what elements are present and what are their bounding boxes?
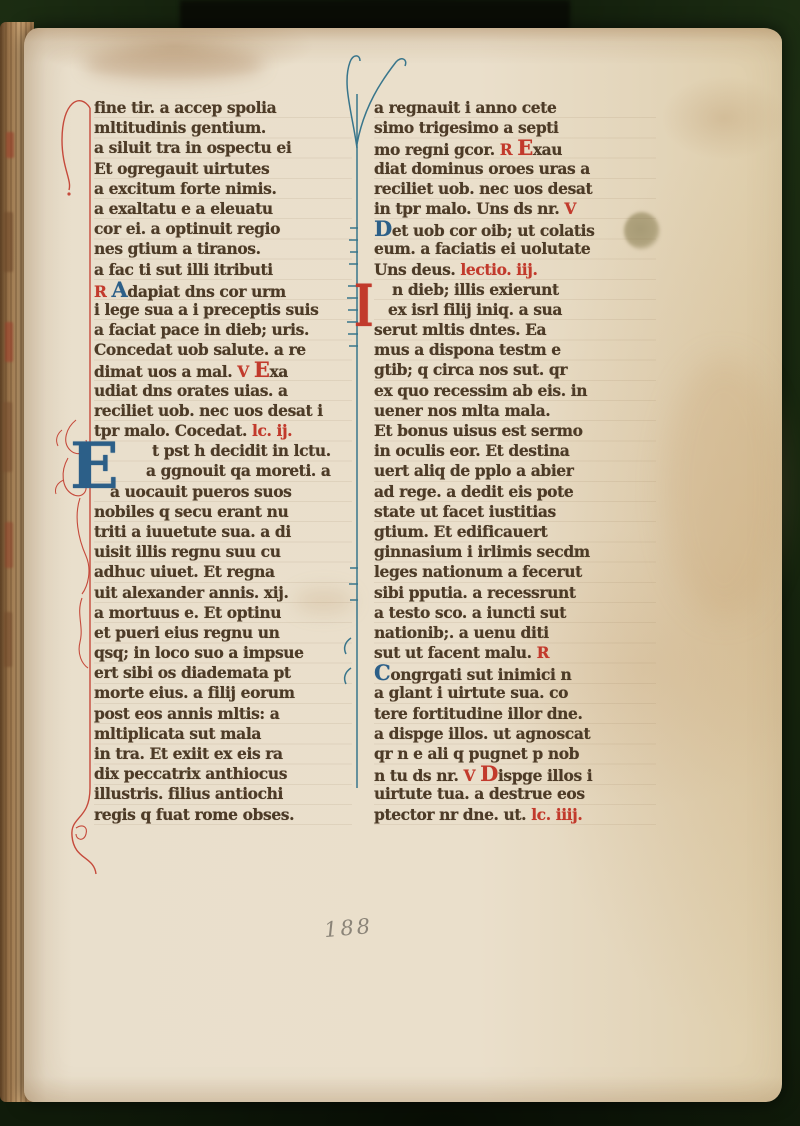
- text-segment: a regnauit i anno cete: [374, 98, 556, 117]
- text-segment: tere fortitudine illor dne.: [374, 704, 582, 723]
- text-line: a fac ti sut illi itributi: [94, 260, 352, 280]
- text-line: dix peccatrix anthiocus: [94, 764, 352, 784]
- page-edge-bleed-mark: [5, 522, 13, 568]
- text-line: uisit illis regnu suu cu: [94, 542, 352, 562]
- text-segment: a faciat pace in dieb; uris.: [94, 320, 309, 339]
- text-segment: mltitudinis gentium.: [94, 118, 266, 137]
- redcap-segment: E: [254, 357, 270, 382]
- text-line: R Adapiat dns cor urm: [94, 280, 352, 300]
- text-segment: in oculis eor. Et destina: [374, 441, 569, 460]
- text-line: Congrgati sut inimici n: [374, 663, 656, 683]
- text-line: fine tir. a accep spolia: [94, 98, 352, 118]
- text-line: in tra. Et exiit ex eis ra: [94, 744, 352, 764]
- text-segment: a exaltatu e a eleuatu: [94, 199, 273, 218]
- text-line: Uns deus. lectio. iij.: [374, 260, 656, 280]
- text-column-right: a regnauit i anno cetesimo trigesimo a s…: [374, 98, 656, 826]
- text-line: cor ei. a optinuit regio: [94, 219, 352, 239]
- page-edge-bleed-mark: [3, 402, 12, 472]
- text-line: qsq; in loco suo a impsue: [94, 643, 352, 663]
- red-segment: lc. iiij.: [531, 805, 582, 824]
- text-line: Et bonus uisus est sermo: [374, 421, 656, 441]
- text-line: ert sibi os diademata pt: [94, 663, 352, 683]
- bluecap-segment: A: [111, 277, 127, 302]
- text-line: uit alexander annis. xij.: [94, 583, 352, 603]
- text-segment: t pst h decidit in lctu.: [152, 441, 331, 460]
- text-segment: a glant i uirtute sua. co: [374, 683, 568, 702]
- text-segment: leges nationum a fecerut: [374, 562, 582, 581]
- text-segment: ad rege. a dedit eis pote: [374, 482, 573, 501]
- text-line: et pueri eius regnu un: [94, 623, 352, 643]
- text-segment: n dieb; illis exierunt: [392, 280, 559, 299]
- text-segment: ispge illos i: [498, 766, 592, 785]
- text-segment: i lege sua a i preceptis suis: [94, 300, 318, 319]
- text-segment: gtib; q circa nos sut. qr: [374, 360, 567, 379]
- text-segment: reciliet uob. nec uos desat: [374, 179, 592, 198]
- text-line: ptector nr dne. ut. lc. iiij.: [374, 805, 656, 825]
- text-segment: fine tir. a accep spolia: [94, 98, 276, 117]
- text-line: a uocauit pueros suos: [94, 482, 352, 502]
- text-segment: regis q fuat rome obses.: [94, 805, 294, 824]
- text-line: Concedat uob salute. a re: [94, 340, 352, 360]
- illuminated-initial-I: I: [354, 274, 374, 338]
- text-segment: qsq; in loco suo a impsue: [94, 643, 304, 662]
- text-segment: a dispge illos. ut agnoscat: [374, 724, 590, 743]
- text-segment: et uob cor oib; ut colatis: [392, 221, 595, 240]
- red-segment: lc. ij.: [252, 421, 292, 440]
- text-segment: sibi pputia. a recessrunt: [374, 583, 576, 602]
- text-segment: a excitum forte nimis.: [94, 179, 276, 198]
- text-segment: ert sibi os diademata pt: [94, 663, 291, 682]
- text-line: a siluit tra in ospectu ei: [94, 138, 352, 158]
- text-segment: ginnasium i irlimis secdm: [374, 542, 590, 561]
- text-segment: ex quo recessim ab eis. in: [374, 381, 587, 400]
- text-line: a excitum forte nimis.: [94, 179, 352, 199]
- text-segment: a fac ti sut illi itributi: [94, 260, 273, 279]
- page-edge-bleed-mark: [4, 212, 13, 272]
- text-line: udiat dns orates uias. a: [94, 381, 352, 401]
- redcap-segment: E: [517, 135, 533, 160]
- discoloration-patch: [664, 358, 784, 618]
- text-line: illustris. filius antiochi: [94, 784, 352, 804]
- text-segment: state ut facet iustitias: [374, 502, 556, 521]
- page-edge-bleed-mark: [4, 612, 12, 667]
- text-line: mltitudinis gentium.: [94, 118, 352, 138]
- text-line: gtium. Et edificauert: [374, 522, 656, 542]
- page-edge-bleed-mark: [5, 322, 13, 362]
- red-segment: R: [537, 643, 549, 662]
- text-line: qr n e ali q pugnet p nob: [374, 744, 656, 764]
- text-segment: xa: [269, 362, 287, 381]
- text-line: a exaltatu e a eleuatu: [94, 199, 352, 219]
- text-line: a faciat pace in dieb; uris.: [94, 320, 352, 340]
- text-line: morte eius. a filij eorum: [94, 683, 352, 703]
- text-segment: Uns deus.: [374, 260, 460, 279]
- text-line: a mortuus e. Et optinu: [94, 603, 352, 623]
- text-segment: mus a dispona testm e: [374, 340, 561, 359]
- red-segment: lectio. iij.: [460, 260, 537, 279]
- text-segment: uit alexander annis. xij.: [94, 583, 288, 602]
- text-segment: mo regni gcor.: [374, 140, 500, 159]
- text-segment: diat dominus oroes uras a: [374, 159, 590, 178]
- text-segment: dapiat dns cor urm: [127, 282, 285, 301]
- text-segment: Concedat uob salute. a re: [94, 340, 306, 359]
- text-line: mltiplicata sut mala: [94, 724, 352, 744]
- text-line: ad rege. a dedit eis pote: [374, 482, 656, 502]
- text-line: post eos annis mltis: a: [94, 704, 352, 724]
- text-line: mo regni gcor. R Exau: [374, 138, 656, 158]
- text-segment: dix peccatrix anthiocus: [94, 764, 287, 783]
- text-segment: Et ogregauit uirtutes: [94, 159, 269, 178]
- text-line: leges nationum a fecerut: [374, 562, 656, 582]
- red-segment: V: [564, 199, 576, 218]
- text-segment: uert aliq de pplo a abier: [374, 461, 574, 480]
- text-line: reciliet uob. nec uos desat i: [94, 401, 352, 421]
- text-segment: in tra. Et exiit ex eis ra: [94, 744, 283, 763]
- text-line: n tu ds nr. V Dispge illos i: [374, 764, 656, 784]
- text-line: nobiles q secu erant nu: [94, 502, 352, 522]
- text-line: Det uob cor oib; ut colatis: [374, 219, 656, 239]
- text-segment: gtium. Et edificauert: [374, 522, 547, 541]
- text-segment: post eos annis mltis: a: [94, 704, 279, 723]
- text-line: simo trigesimo a septi: [374, 118, 656, 138]
- text-line: mus a dispona testm e: [374, 340, 656, 360]
- red-segment: R: [94, 282, 111, 301]
- text-line: uert aliq de pplo a abier: [374, 461, 656, 481]
- text-segment: cor ei. a optinuit regio: [94, 219, 280, 238]
- text-segment: a ggnouit qa moreti. a: [146, 461, 331, 480]
- text-segment: adhuc uiuet. Et regna: [94, 562, 275, 581]
- text-line: a testo sco. a iuncti sut: [374, 603, 656, 623]
- text-segment: nationib;. a uenu diti: [374, 623, 549, 642]
- text-line: uener nos mlta mala.: [374, 401, 656, 421]
- text-segment: ptector nr dne. ut.: [374, 805, 531, 824]
- text-segment: nes gtium a tiranos.: [94, 239, 261, 258]
- text-line: tere fortitudine illor dne.: [374, 704, 656, 724]
- text-segment: triti a iuuetute sua. a di: [94, 522, 291, 541]
- text-segment: in tpr malo. Uns ds nr.: [374, 199, 564, 218]
- text-segment: illustris. filius antiochi: [94, 784, 283, 803]
- text-segment: et pueri eius regnu un: [94, 623, 280, 642]
- text-line: sibi pputia. a recessrunt: [374, 583, 656, 603]
- text-line: regis q fuat rome obses.: [94, 805, 352, 825]
- text-segment: Et bonus uisus est sermo: [374, 421, 583, 440]
- text-segment: a testo sco. a iuncti sut: [374, 603, 566, 622]
- text-segment: reciliet uob. nec uos desat i: [94, 401, 323, 420]
- text-line: serut mltis dntes. Ea: [374, 320, 656, 340]
- bluecap-segment: D: [374, 216, 392, 241]
- text-segment: xau: [533, 140, 562, 159]
- text-segment: serut mltis dntes. Ea: [374, 320, 546, 339]
- text-segment: nobiles q secu erant nu: [94, 502, 288, 521]
- text-line: sut ut facent malu. R: [374, 643, 656, 663]
- text-line: adhuc uiuet. Et regna: [94, 562, 352, 582]
- text-segment: tpr malo. Cocedat.: [94, 421, 252, 440]
- text-segment: uener nos mlta mala.: [374, 401, 550, 420]
- text-line: in tpr malo. Uns ds nr. V: [374, 199, 656, 219]
- folio-number-pencil: 188: [323, 914, 374, 942]
- text-line: uirtute tua. a destrue eos: [374, 784, 656, 804]
- redcap-segment: D: [480, 761, 498, 786]
- text-segment: qr n e ali q pugnet p nob: [374, 744, 579, 763]
- text-segment: eum. a faciatis ei uolutate: [374, 239, 590, 258]
- text-line: i lege sua a i preceptis suis: [94, 300, 352, 320]
- text-segment: n tu ds nr.: [374, 766, 463, 785]
- text-segment: uisit illis regnu suu cu: [94, 542, 281, 561]
- text-line: n dieb; illis exierunt: [374, 280, 656, 300]
- text-segment: morte eius. a filij eorum: [94, 683, 295, 702]
- text-line: nes gtium a tiranos.: [94, 239, 352, 259]
- text-line: t pst h decidit in lctu.: [94, 441, 352, 461]
- text-segment: simo trigesimo a septi: [374, 118, 559, 137]
- text-line: eum. a faciatis ei uolutate: [374, 239, 656, 259]
- text-line: ex quo recessim ab eis. in: [374, 381, 656, 401]
- text-segment: a uocauit pueros suos: [110, 482, 292, 501]
- red-segment: R: [500, 140, 517, 159]
- text-segment: uirtute tua. a destrue eos: [374, 784, 585, 803]
- text-segment: ongrgati sut inimici n: [390, 665, 571, 684]
- text-segment: a siluit tra in ospectu ei: [94, 138, 291, 157]
- text-line: ginnasium i irlimis secdm: [374, 542, 656, 562]
- text-line: gtib; q circa nos sut. qr: [374, 360, 656, 380]
- bluecap-segment: C: [374, 660, 390, 685]
- text-line: tpr malo. Cocedat. lc. ij.: [94, 421, 352, 441]
- text-line: diat dominus oroes uras a: [374, 159, 656, 179]
- text-line: state ut facet iustitias: [374, 502, 656, 522]
- text-line: triti a iuuetute sua. a di: [94, 522, 352, 542]
- text-segment: ex isrl filij iniq. a sua: [388, 300, 562, 319]
- text-line: dimat uos a mal. V Exa: [94, 360, 352, 380]
- text-segment: udiat dns orates uias. a: [94, 381, 288, 400]
- text-segment: a mortuus e. Et optinu: [94, 603, 281, 622]
- text-line: reciliet uob. nec uos desat: [374, 179, 656, 199]
- page-edge-bleed-mark: [6, 132, 14, 158]
- text-column-left: fine tir. a accep spoliamltitudinis gent…: [94, 98, 352, 826]
- text-segment: mltiplicata sut mala: [94, 724, 261, 743]
- text-segment: dimat uos a mal.: [94, 362, 237, 381]
- text-line: in oculis eor. Et destina: [374, 441, 656, 461]
- text-line: a glant i uirtute sua. co: [374, 683, 656, 703]
- manuscript-page: E I fine tir. a accep spoliamltitudinis …: [24, 28, 782, 1102]
- text-line: a ggnouit qa moreti. a: [94, 461, 352, 481]
- text-line: a regnauit i anno cete: [374, 98, 656, 118]
- red-segment: V: [463, 766, 480, 785]
- text-line: a dispge illos. ut agnoscat: [374, 724, 656, 744]
- red-segment: V: [237, 362, 254, 381]
- text-segment: sut ut facent malu.: [374, 643, 537, 662]
- top-edge-browning: [84, 48, 264, 82]
- text-line: nationib;. a uenu diti: [374, 623, 656, 643]
- text-line: ex isrl filij iniq. a sua: [374, 300, 656, 320]
- text-line: Et ogregauit uirtutes: [94, 159, 352, 179]
